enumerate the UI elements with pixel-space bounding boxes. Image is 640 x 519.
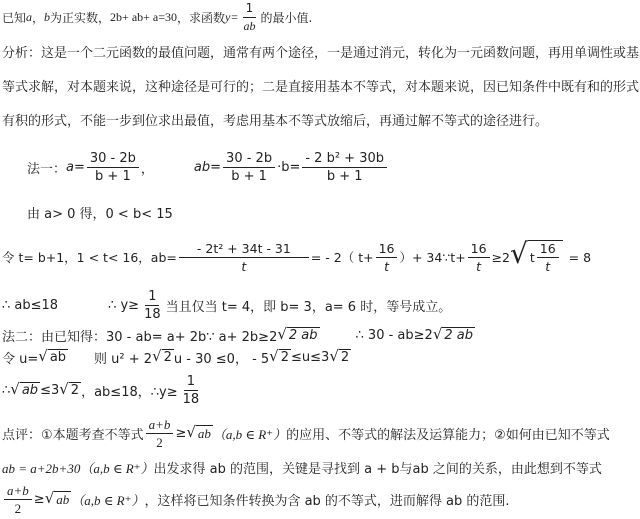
frac-num: 16 [468, 241, 490, 258]
fraction-ab-in-t: - 2t² + 34t - 31 t [179, 241, 309, 274]
frac-den: ab [240, 18, 258, 34]
frac-num: a+b [4, 483, 32, 500]
comma: ， [141, 158, 154, 177]
sqrt-body: ab [20, 382, 40, 399]
sqrt-2: √ 2 [59, 382, 81, 399]
sqrt-2: √ 2 [152, 349, 174, 366]
sqrt-icon: √ [186, 425, 196, 442]
fraction-16-over-t: 16 t [376, 241, 398, 274]
sqrt-body: 2 [339, 349, 351, 366]
frac-num: 1 [184, 374, 198, 391]
frac-den: 2 [153, 434, 166, 450]
frac-num: 30 - 2b [87, 151, 139, 168]
expression-text: = 8 [569, 250, 591, 265]
comment-line-2: ab = a+2b+30（a,b ∈ R⁺） 出发求得 ab 的范围，关键是寻找… [2, 458, 602, 477]
method2-text: 令 u= [2, 348, 38, 367]
frac-den: t [542, 258, 553, 274]
sqrt-ab: √ ab [186, 425, 213, 442]
comment-text: ，这样将已知条件转换为含 ab 的不等式，进而解得 ab 的范围. [144, 490, 509, 509]
frac-den: b + 1 [92, 168, 134, 184]
method1-label: 法一： [27, 158, 66, 177]
problem-suffix: 的最小值. [260, 9, 312, 26]
sqrt-body: ab [196, 425, 213, 442]
sqrt-body: 2 ab [287, 327, 320, 344]
sqrt-body: 2 [162, 349, 174, 366]
conclusion-ab: ∴ ab≤18 [2, 298, 58, 313]
sqrt-body: 2 [279, 349, 291, 366]
times-b: ·b= [277, 160, 300, 175]
condition-equation: 2b+ ab+ a=30 [110, 10, 177, 25]
separator: ， [32, 9, 44, 26]
frac-num: a+b [146, 417, 174, 434]
method1-substitution: 令 t= b+1，1 < t< 16，ab= - 2t² + 34t - 31 … [2, 232, 591, 282]
sqrt-icon: √ [45, 491, 55, 508]
fraction-1-over-18: 1 18 [180, 374, 203, 407]
frac-num: 1 [243, 1, 257, 18]
equality-condition: 当且仅当 t= 4，即 b= 3，a= 6 时，等号成立。 [166, 296, 452, 315]
method2-text: ≤u≤3 [291, 350, 329, 365]
conclusion-y: ∴ y≥ [108, 298, 139, 313]
fraction-1-over-ab: 1 ab [240, 1, 258, 34]
fraction-a: 30 - 2b b + 1 [87, 151, 139, 184]
problem-prefix: 已知 [2, 9, 26, 26]
analysis-text: 有积的形式，不能一步到位求出最值，考虑用基本不等式放缩后，再通过解不等式的途径进… [2, 110, 548, 129]
frac-den: b + 1 [324, 168, 366, 184]
expression-text: ≥2 [492, 250, 510, 265]
analysis-text: 等式求解，对本题来说，这种途径是可行的；二是直接用基本不等式，对本题来说，因已知… [2, 76, 640, 95]
frac-den: 2 [12, 500, 25, 516]
method2-line-1: 法二：由已知得：30 - ab= a+ 2b∵ a+ 2b≥2 √ 2 ab ∴… [2, 326, 475, 345]
sqrt-2: √ 2 [329, 349, 351, 366]
frac-den: 18 [180, 391, 203, 407]
sqrt-body: ab [48, 349, 68, 366]
frac-den: t [473, 258, 484, 274]
sqrt-icon: √ [38, 349, 48, 366]
sqrt-icon: √ [152, 349, 162, 366]
fraction-16-over-t: 16 t [468, 241, 490, 274]
comment-line-3: a+b 2 ≥ √ ab （a,b ∈ R⁺） ，这样将已知条件转换为含 ab … [2, 480, 510, 518]
comment-text: ≥ [175, 426, 186, 441]
comment-equation: ab = a+2b+30（a,b ∈ R⁺） [2, 458, 154, 477]
analysis-line-3: 有积的形式，不能一步到位求出最值，考虑用基本不等式放缩后，再通过解不等式的途径进… [2, 110, 548, 129]
comment-text: ≥ [34, 492, 45, 507]
comment-line-1: 点评：①本题考查不等式 a+b 2 ≥ √ ab （a,b ∈ R⁺） 的应用、… [2, 414, 610, 452]
sqrt-ab: √ ab [38, 349, 68, 366]
range-text: 由 a> 0 得，0 < b< 15 [27, 203, 173, 222]
method1-conclusion: ∴ ab≤18 ∴ y≥ 1 18 当且仅当 t= 4，即 b= 3，a= 6 … [2, 287, 451, 323]
frac-den: b + 1 [228, 168, 270, 184]
frac-num: 30 - 2b [223, 151, 275, 168]
sqrt-expression: √ t 16 t [510, 240, 563, 274]
sqrt-icon: √ [10, 382, 20, 399]
method2-text: ∴ 30 - ab≥2 [356, 328, 433, 343]
expression-text: ）+ 34∵t+ [399, 248, 465, 266]
fraction-ab-result: - 2 b² + 30b b + 1 [302, 151, 387, 184]
method2-text: ≤3 [40, 383, 59, 398]
sqrt-body: 2 ab [442, 327, 475, 344]
sqrt-icon: √ [510, 240, 528, 274]
method2-line-2: 令 u= √ ab 则 u² + 2 √ 2 u - 30 ≤0， - 5 √ … [2, 348, 351, 367]
frac-den: 18 [141, 306, 164, 322]
method2-text: ，ab≤18，∴y≥ [81, 381, 178, 400]
sqrt-2ab: √ 2 ab [277, 327, 319, 344]
substitution-text: 令 t= b+1，1 < t< 16，ab= [2, 248, 177, 266]
analysis-text: 分析：这是一个二元函数的最值问题，通常有两个途径，一是通过消元，转化为一元函数问… [2, 42, 640, 61]
sqrt-icon: √ [277, 327, 287, 344]
sqrt-ab: √ ab [45, 491, 72, 508]
frac-den: t [381, 258, 392, 274]
fraction-16-over-t: 16 t [537, 241, 559, 274]
fraction-a-plus-b-over-2: a+b 2 [146, 417, 174, 450]
frac-num: - 2t² + 34t - 31 [179, 241, 309, 258]
sqrt-2: √ 2 [269, 349, 291, 366]
comment-text: 出发求得 ab 的范围，关键是寻找到 a + b与ab 之间的关系，由此想到不等… [154, 458, 602, 477]
frac-num: 16 [376, 241, 398, 258]
frac-num: - 2 b² + 30b [302, 151, 387, 168]
domain-text: （a,b ∈ R⁺） [213, 424, 286, 443]
problem-text: 为正实数， [50, 9, 110, 26]
frac-num: 16 [537, 241, 559, 258]
analysis-line-2: 等式求解，对本题来说，这种途径是可行的；二是直接用基本不等式，对本题来说，因已知… [2, 76, 640, 95]
sqrt-ab: √ ab [10, 382, 40, 399]
sqrt-icon: √ [59, 382, 69, 399]
problem-text: ，求函数 [177, 9, 225, 26]
analysis-line-1: 分析：这是一个二元函数的最值问题，通常有两个途径，一是通过消元，转化为一元函数问… [2, 42, 640, 61]
expression-text: = - 2（ t+ [311, 248, 374, 266]
fraction-1-over-18: 1 18 [141, 289, 164, 322]
sqrt-icon: √ [269, 349, 279, 366]
sqrt-body: 2 [69, 382, 81, 399]
sqrt-2ab: √ 2 ab [433, 327, 475, 344]
sqrt-t: t [530, 250, 535, 266]
a-equals: a= [66, 160, 85, 175]
fraction-ab: 30 - 2b b + 1 [223, 151, 275, 184]
domain-text: （a,b ∈ R⁺） [71, 490, 144, 509]
fraction-a-plus-b-over-2: a+b 2 [4, 483, 32, 516]
frac-den: t [238, 258, 249, 274]
comment-text: 的应用、不等式的解法及运算能力；②如何由已知不等式 [286, 424, 610, 443]
method2-text: 法二：由已知得：30 - ab= a+ 2b∵ a+ 2b≥2 [2, 326, 277, 345]
sqrt-icon: √ [433, 327, 443, 344]
sqrt-icon: √ [329, 349, 339, 366]
comment-text: 点评：①本题考查不等式 [2, 424, 144, 443]
ab-equals: ab= [194, 160, 221, 175]
function-y: y= [225, 10, 238, 25]
method1-expressions: 法一： a= 30 - 2b b + 1 ， ab= 30 - 2b b + 1… [27, 145, 389, 189]
method2-text: ∴ [2, 383, 10, 398]
method2-text: 则 u² + 2 [94, 348, 152, 367]
method1-range: 由 a> 0 得，0 < b< 15 [27, 203, 173, 222]
frac-num: 1 [145, 289, 159, 306]
method2-line-3: ∴ √ ab ≤3 √ 2 ，ab≤18，∴y≥ 1 18 [2, 372, 204, 408]
problem-statement: 已知 a ， b 为正实数， 2b+ ab+ a=30 ，求函数 y= 1 ab… [2, 2, 312, 32]
sqrt-body: t 16 t [528, 240, 563, 274]
method2-text: u - 30 ≤0， - 5 [174, 348, 269, 367]
sqrt-body: ab [54, 491, 71, 508]
